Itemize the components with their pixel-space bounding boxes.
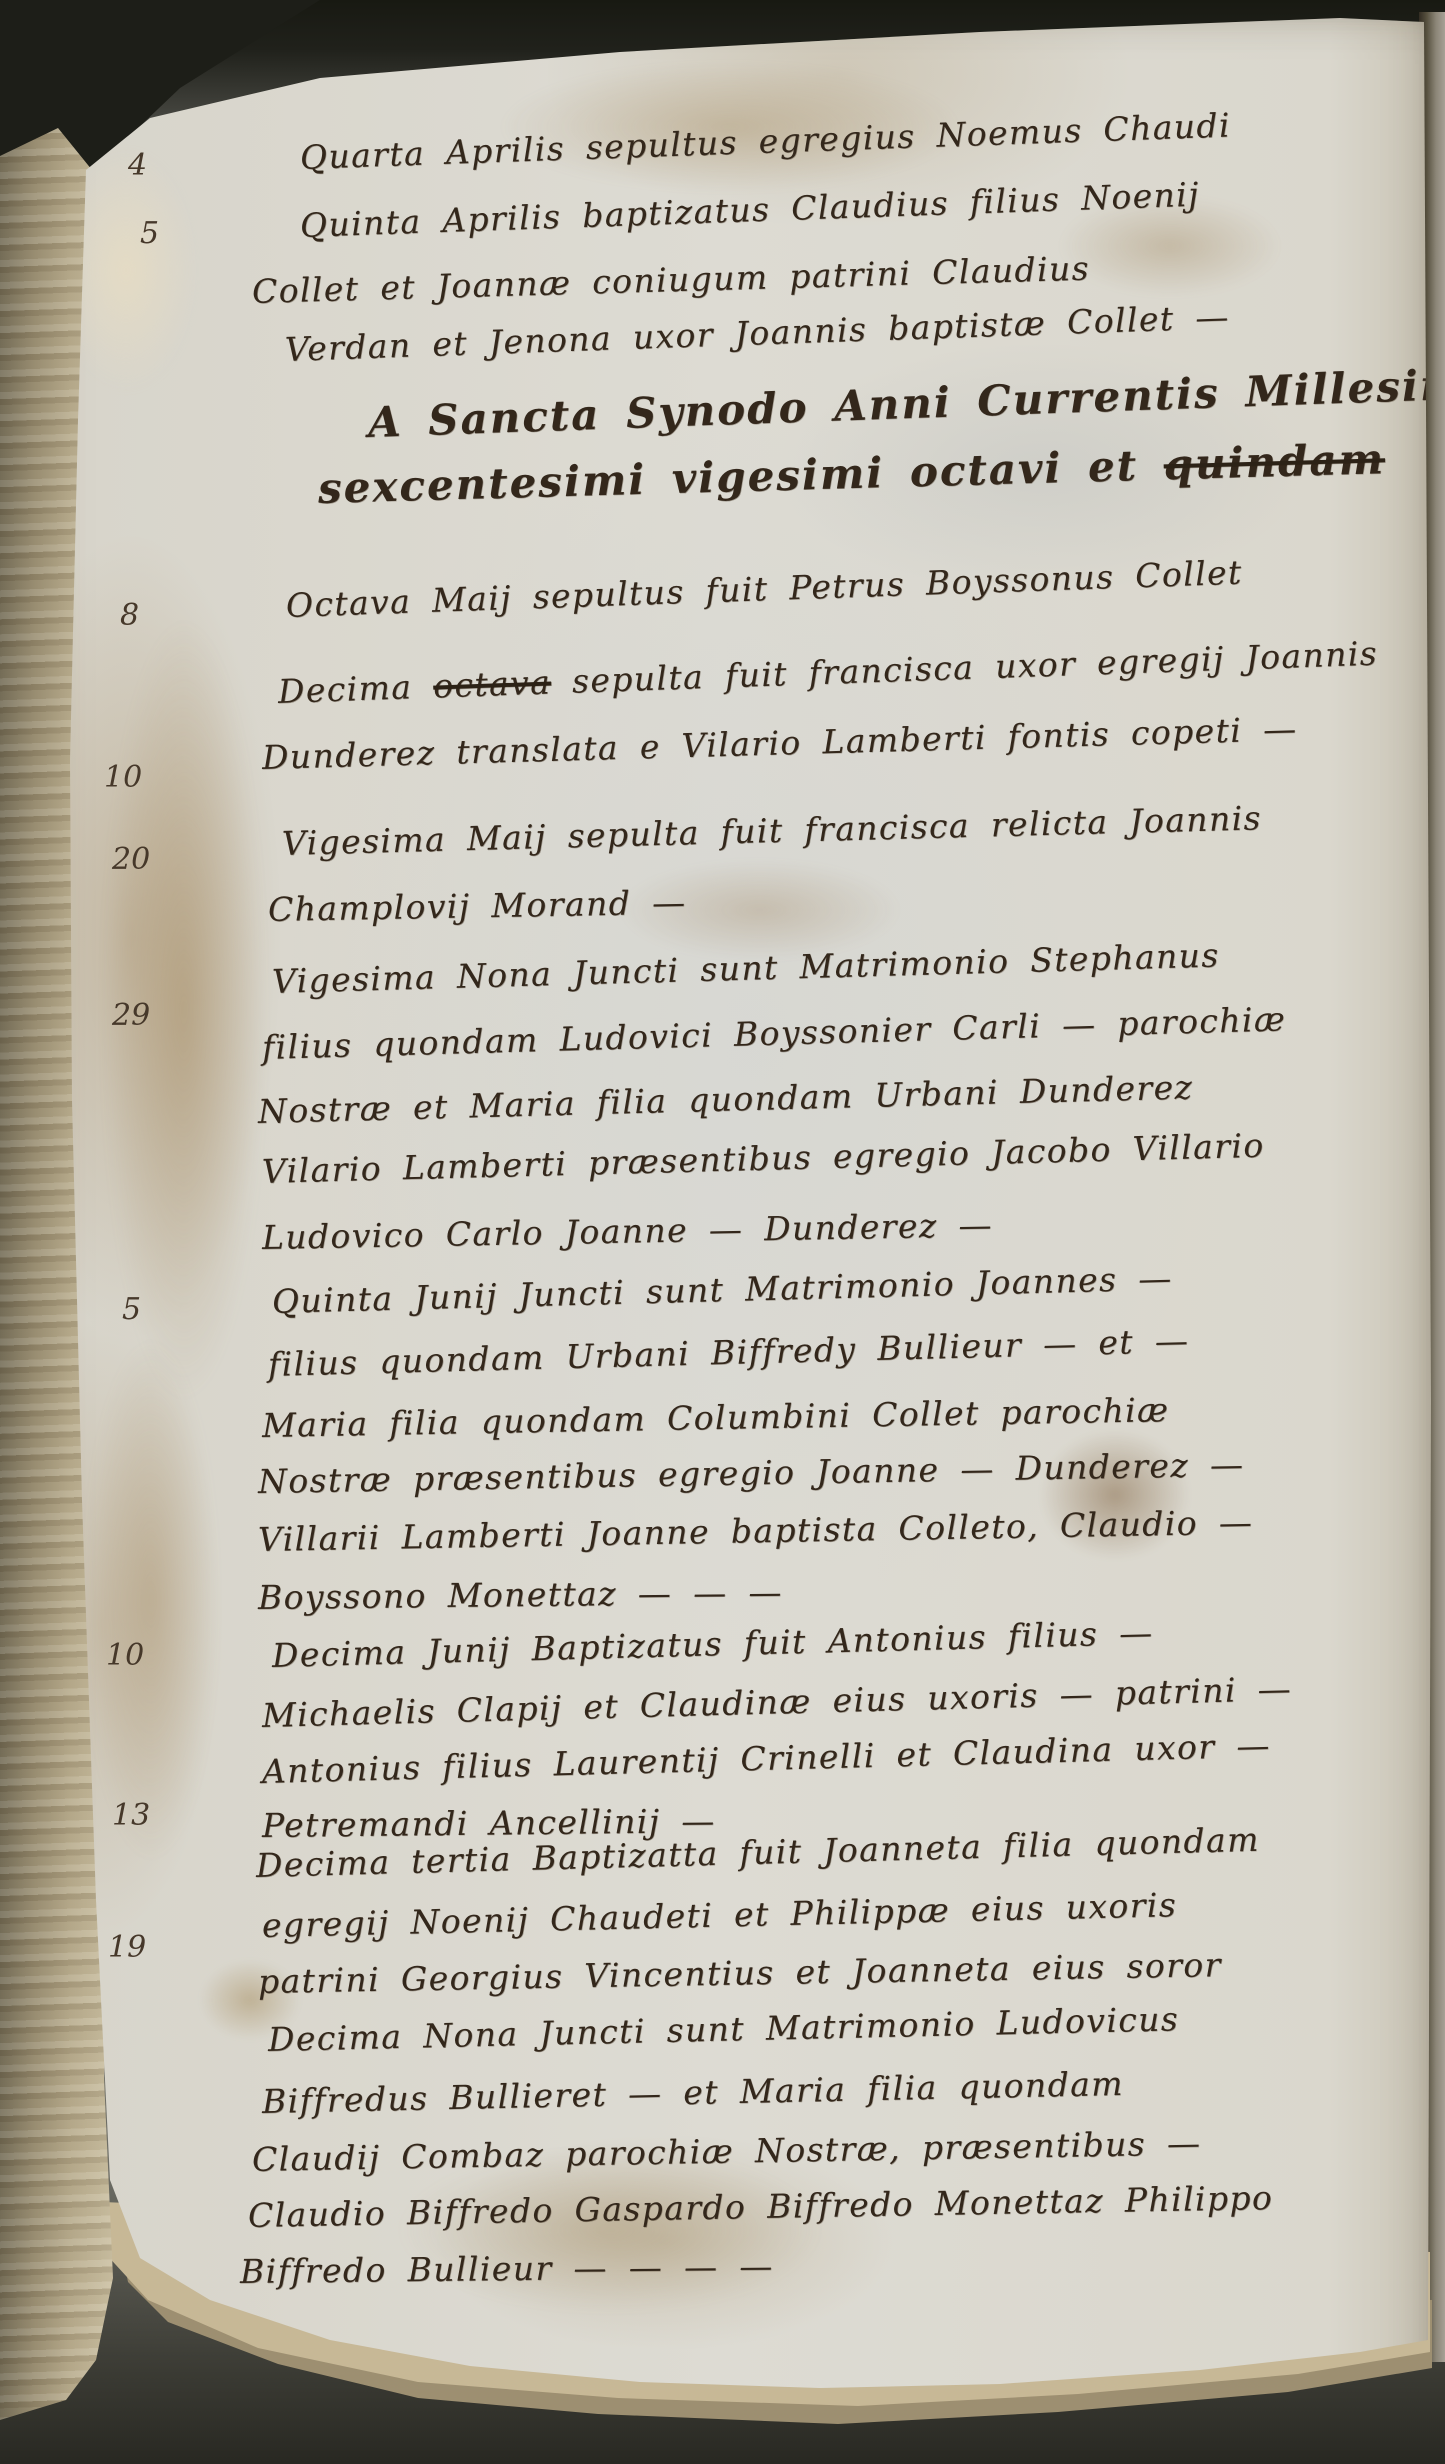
entry-struck-text: octava: [433, 662, 552, 705]
manuscript-line: Michaelis Clapij et Claudinæ eius uxoris…: [261, 1669, 1292, 1735]
manuscript-line: egregij Noenij Chaudeti et Philippæ eius…: [262, 1885, 1178, 1945]
manuscript-line: Ludovico Carlo Joanne — Dunderez —: [262, 1205, 994, 1257]
manuscript-line: Decima Junij Baptizatus fuit Antonius fi…: [271, 1613, 1154, 1675]
section-heading-line: sexcentesimi vigesimi octavi et quindam: [317, 434, 1385, 513]
manuscript-line: Quarta Aprilis sepultus egregius Noemus …: [299, 106, 1231, 177]
manuscript-line: filius quondam Urbani Biffredy Bullieur …: [267, 1321, 1189, 1384]
section-heading-line: A Sancta Synodo Anni Currentis Millesimi: [367, 359, 1445, 447]
manuscript-line: Verdan et Jenona uxor Joannis baptistæ C…: [284, 297, 1230, 369]
margin-day-number: 10: [106, 1638, 144, 1673]
entry-text: Decima: [277, 667, 434, 711]
manuscript-line: Biffredus Bullieret — et Maria filia quo…: [262, 2064, 1125, 2121]
manuscript-line: Maria filia quondam Columbini Collet par…: [262, 1390, 1170, 1445]
manuscript-line: Vigesima Nona Juncti sunt Matrimonio Ste…: [271, 936, 1220, 1001]
manuscript-line: filius quondam Ludovici Boyssonier Carli…: [261, 999, 1286, 1067]
margin-day-number: 20: [112, 842, 150, 877]
margin-day-number: 13: [112, 1798, 150, 1833]
paper-stain: [86, 1340, 216, 1860]
margin-day-number: 29: [112, 998, 150, 1033]
manuscript-line: Claudij Combaz parochiæ Nostræ, præsenti…: [252, 2123, 1202, 2179]
manuscript-photo: 4 5 8 10 20 29 5 10 13 19 Quarta Aprilis…: [0, 0, 1445, 2464]
margin-day-number: 19: [108, 1930, 146, 1965]
manuscript-line: Quinta Junij Juncti sunt Matrimonio Joan…: [271, 1258, 1173, 1321]
manuscript-line: Claudio Biffredo Gaspardo Biffredo Monet…: [248, 2178, 1274, 2235]
margin-day-number: 5: [122, 1292, 141, 1327]
manuscript-line: Decima octava sepulta fuit francisca uxo…: [277, 634, 1378, 711]
manuscript-line: Dunderez translata e Vilario Lamberti fo…: [261, 709, 1297, 777]
manuscript-line: Antonius filius Laurentij Crinelli et Cl…: [261, 1726, 1271, 1791]
margin-day-number: 8: [120, 598, 139, 633]
manuscript-line: Vilario Lamberti præsentibus egregio Jac…: [261, 1126, 1265, 1191]
manuscript-line: Nostræ præsentibus egregio Joanne — Dund…: [258, 1445, 1245, 1501]
manuscript-line: patrini Georgius Vincentius et Joanneta …: [258, 1945, 1222, 2001]
manuscript-line: Boyssono Monettaz — — —: [258, 1573, 783, 1617]
entry-text: sepulta fuit francisca uxor egregij Joan…: [550, 634, 1378, 702]
margin-day-number: 10: [104, 760, 142, 795]
manuscript-line: Nostræ et Maria filia quondam Urbani Dun…: [257, 1068, 1193, 1131]
margin-day-number: 5: [140, 216, 159, 251]
manuscript-line: Biffredo Bullieur — — — —: [240, 2246, 774, 2291]
manuscript-line: Vigesima Maij sepulta fuit francisca rel…: [281, 798, 1262, 863]
manuscript-line: Villarii Lamberti Joanne baptista Collet…: [258, 1503, 1254, 1559]
manuscript-line: Decima Nona Juncti sunt Matrimonio Ludov…: [268, 1999, 1180, 2059]
manuscript-line: Octava Maij sepultus fuit Petrus Boysson…: [285, 553, 1243, 625]
manuscript-page: 4 5 8 10 20 29 5 10 13 19 Quarta Aprilis…: [0, 0, 1445, 2464]
manuscript-line: Collet et Joannæ coniugum patrini Claudi…: [251, 249, 1090, 311]
manuscript-line: Champlovij Morand —: [268, 883, 687, 929]
manuscript-line: Quinta Aprilis baptizatus Claudius filiu…: [299, 175, 1200, 245]
heading-struck-text: quindam: [1163, 434, 1386, 489]
heading-text: sexcentesimi vigesimi octavi et: [317, 440, 1164, 513]
margin-day-number: 4: [128, 148, 147, 183]
